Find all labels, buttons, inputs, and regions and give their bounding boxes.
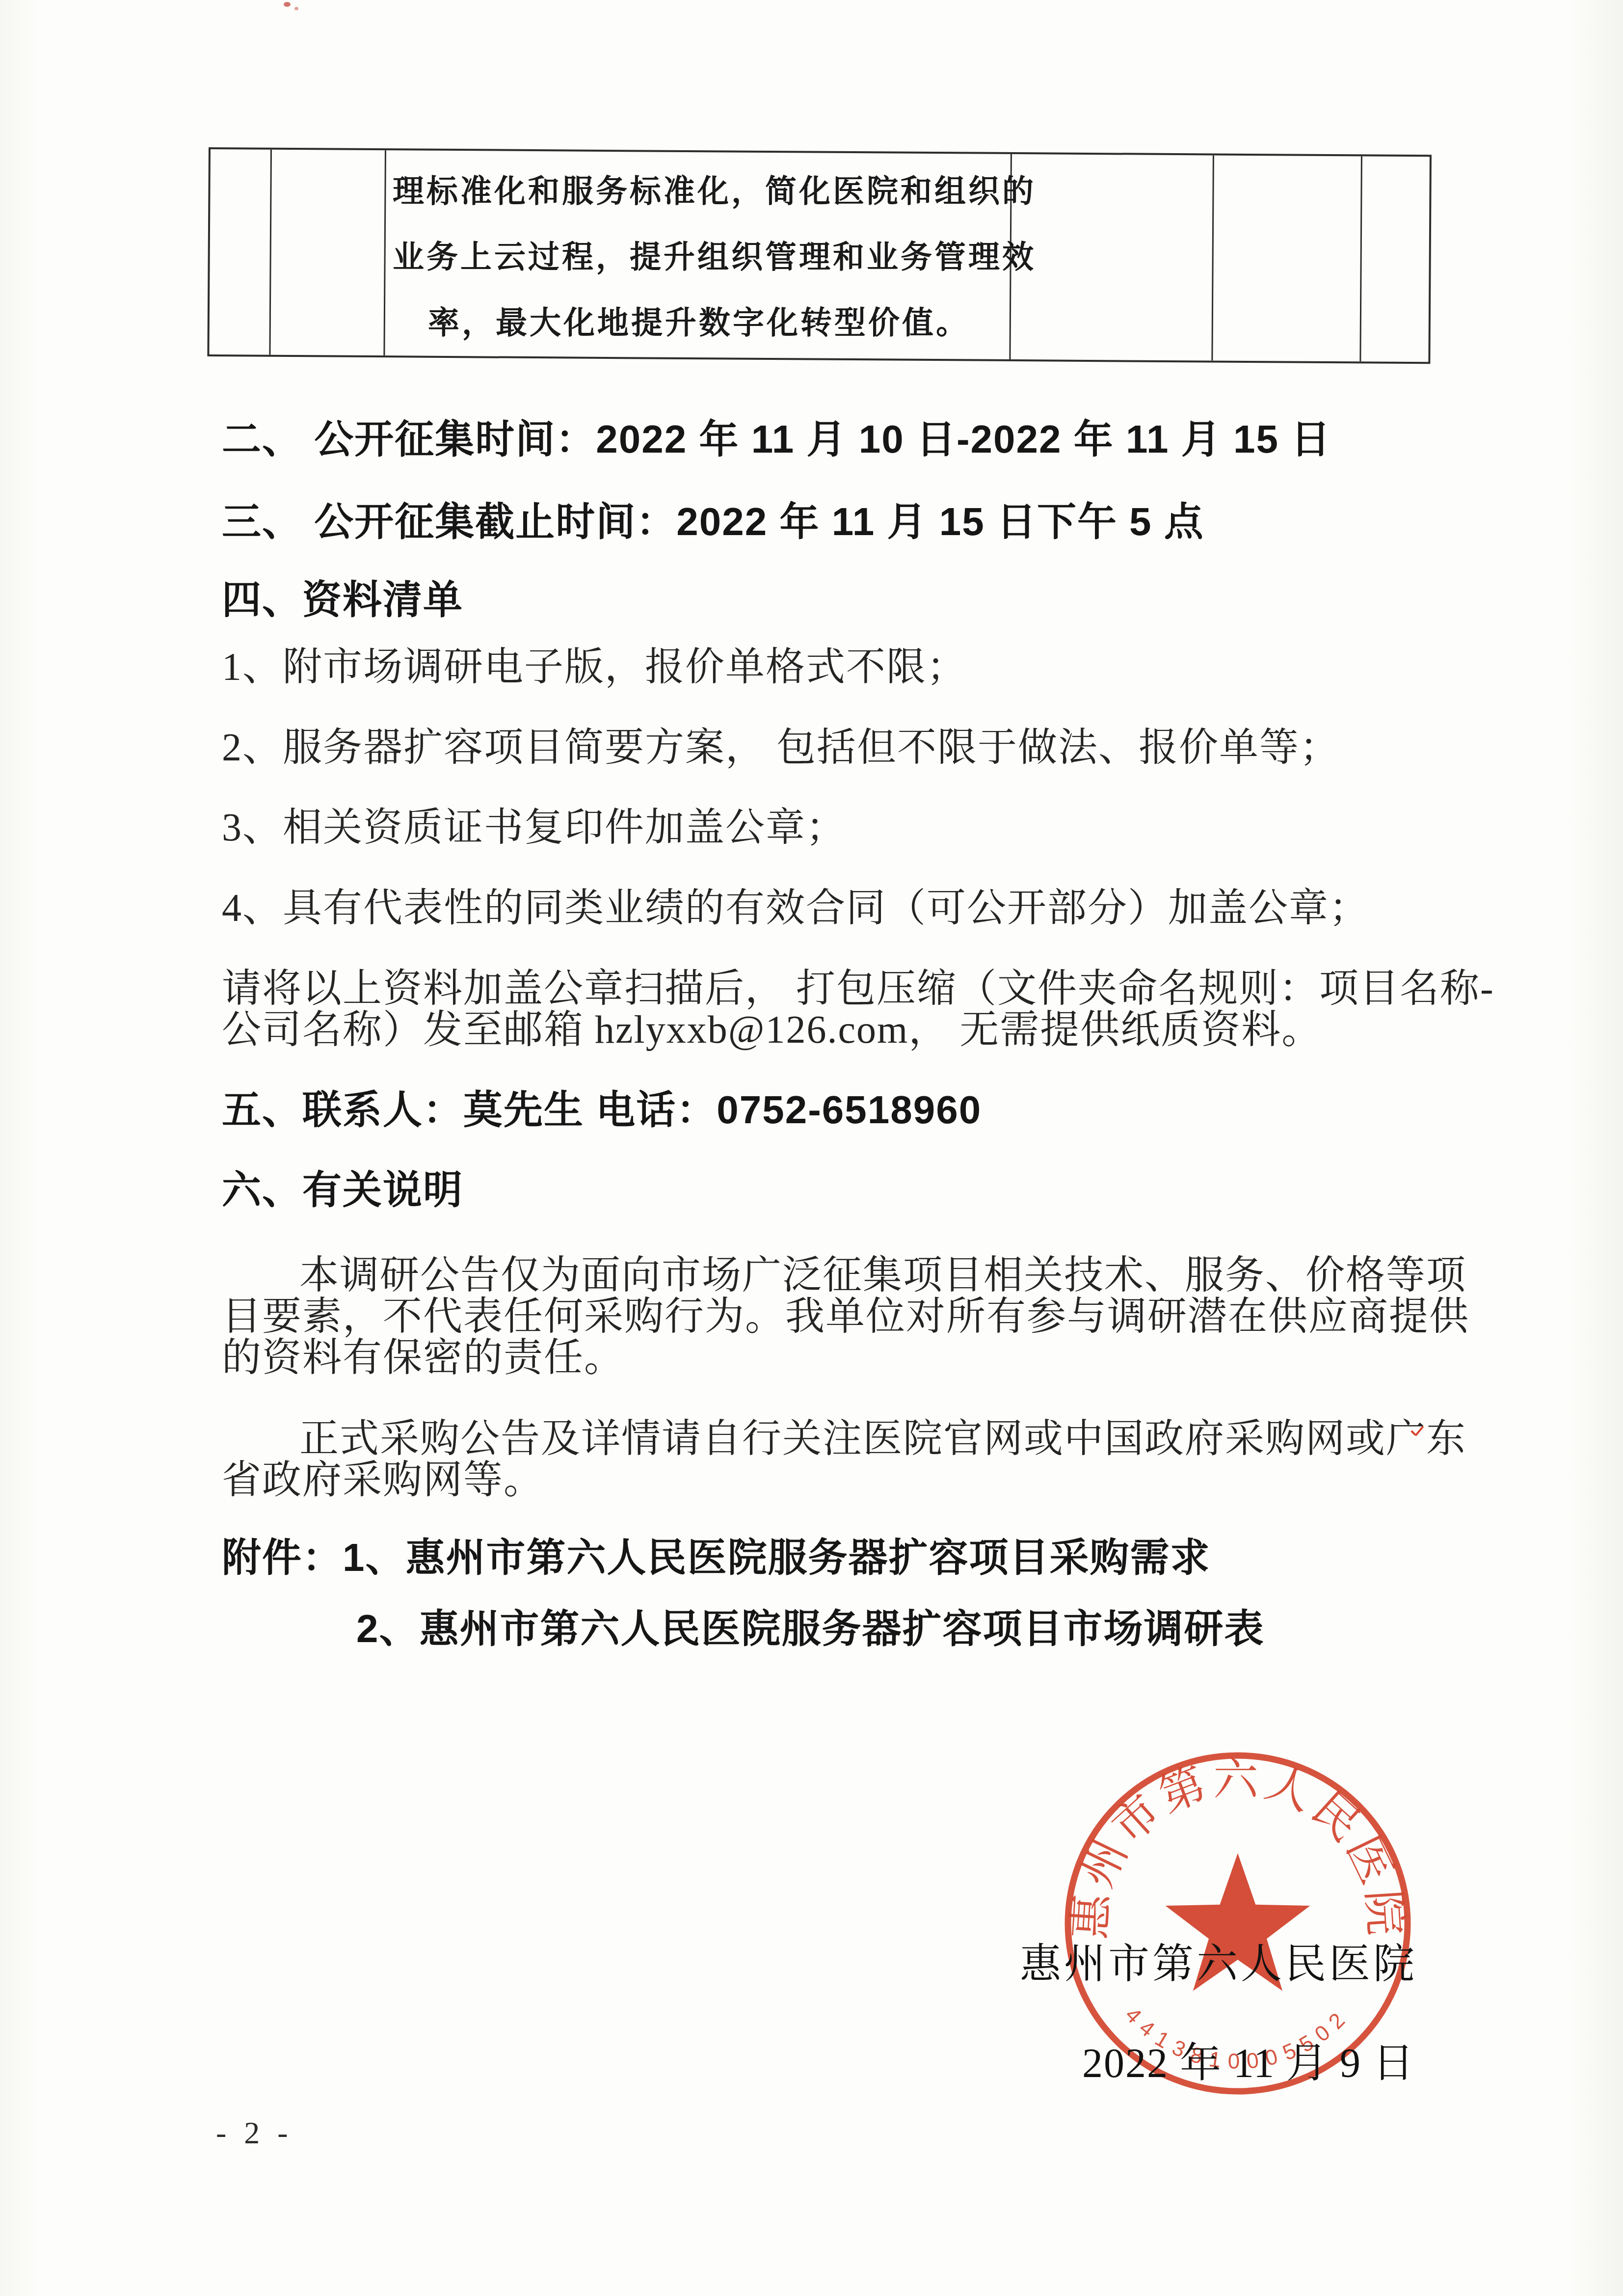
table-column-divider (1359, 156, 1362, 361)
attachment-line-1: 附件：1、惠州市第六人民医院服务器扩容项目采购需求 (222, 1526, 1211, 1582)
material-item-2: 2、服务器扩容项目简要方案， 包括但不限于做法、报价单等； (222, 715, 1340, 772)
table-cell-line: 率，最大化地提升数字化转型价值。 (428, 297, 970, 343)
scan-speck (284, 2, 291, 7)
stray-red-mark-icon (1410, 1426, 1426, 1439)
table-cell-line: 理标准化和服务标准化，简化医院和组织的 (393, 166, 1036, 211)
table-column-divider (269, 150, 272, 355)
material-item-3: 3、相关资质证书复印件加盖公章； (222, 795, 846, 852)
signature-org: 惠州市第六人民医院 (1020, 1931, 1417, 1990)
table-column-divider (383, 150, 386, 355)
document-page: 理标准化和服务标准化，简化医院和组织的 业务上云过程，提升组织管理和业务管理效 … (0, 0, 1623, 2296)
heading-material-list: 四、资料清单 (222, 568, 463, 624)
send-instruction-line-2: 公司名称）发至邮箱 hzlyxxb@126.com， 无需提供纸质资料。 (222, 998, 1322, 1054)
heading-deadline: 三、 公开征集截止时间：2022 年 11 月 15 日下午 5 点 (222, 490, 1204, 546)
signature-date: 2022 年 11 月 9 日 (1082, 2030, 1415, 2089)
material-item-1: 1、附市场调研电子版，报价单格式不限； (222, 635, 967, 691)
table-column-divider (1211, 155, 1214, 360)
table-cell-line: 业务上云过程，提升组织管理和业务管理效 (393, 232, 1036, 277)
heading-contact: 五、联系人：莫先生 电话：0752-6518960 (222, 1078, 982, 1134)
page-number: - 2 - (216, 2115, 293, 2151)
material-item-4: 4、具有代表性的同类业绩的有效合同（可公开部分）加盖公章； (222, 876, 1369, 932)
heading-collect-time: 二、 公开征集时间：2022 年 11 月 10 日-2022 年 11 月 1… (222, 407, 1331, 464)
heading-remarks: 六、有关说明 (222, 1158, 463, 1215)
remark-a-line-3: 的资料有保密的责任。 (222, 1325, 624, 1382)
remark-b-line-2: 省政府采购网等。 (222, 1448, 544, 1504)
scan-speck (294, 7, 298, 10)
attachment-line-2: 2、惠州市第六人民医院服务器扩容项目市场调研表 (356, 1597, 1265, 1653)
